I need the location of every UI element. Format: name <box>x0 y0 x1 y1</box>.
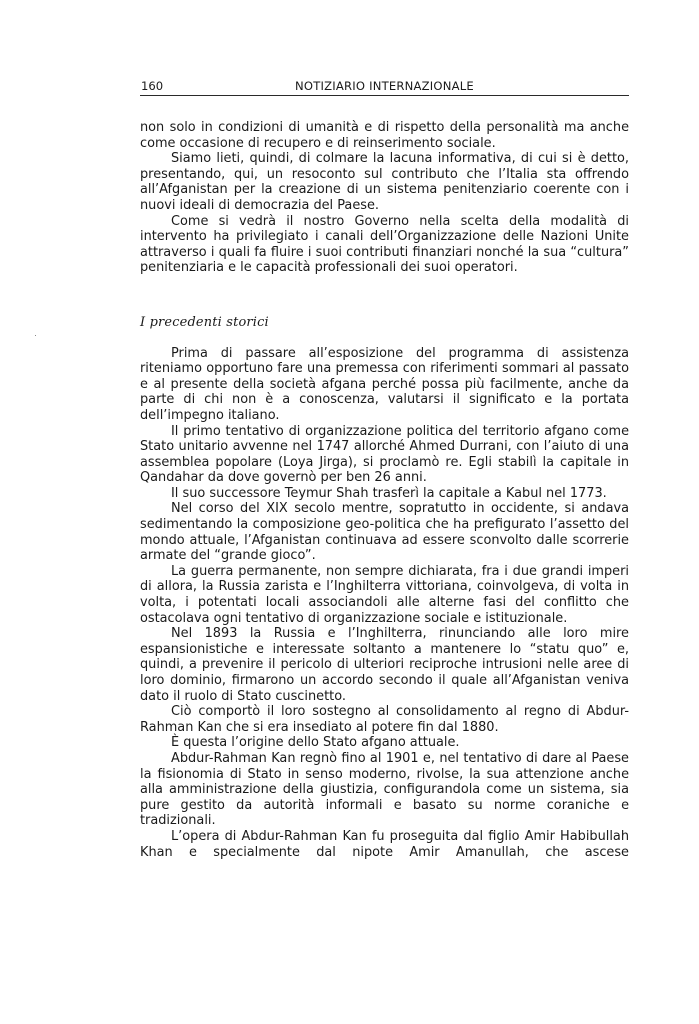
paragraph: Nel corso del XIX secolo mentre, sopratu… <box>140 501 629 563</box>
body-text: non solo in condizioni di umanità e di r… <box>140 120 629 860</box>
document-page: 160 NOTIZIARIO INTERNAZIONALE non solo i… <box>140 76 629 860</box>
running-header: 160 NOTIZIARIO INTERNAZIONALE <box>140 76 629 96</box>
scan-speck <box>35 335 36 336</box>
paragraph: Siamo lieti, quindi, di colmare la lacun… <box>140 151 629 213</box>
paragraph: La guerra permanente, non sempre dichiar… <box>140 564 629 626</box>
running-title: NOTIZIARIO INTERNAZIONALE <box>140 79 629 93</box>
paragraph: Come si vedrà il nostro Governo nella sc… <box>140 214 629 276</box>
paragraph: Il suo successore Teymur Shah trasferì l… <box>140 486 629 502</box>
paragraph: Il primo tentativo di organizzazione pol… <box>140 424 629 486</box>
paragraph: non solo in condizioni di umanità e di r… <box>140 120 629 151</box>
paragraph: Nel 1893 la Russia e l’Inghilterra, rinu… <box>140 626 629 704</box>
paragraph: Prima di passare all’esposizione del pro… <box>140 346 629 424</box>
paragraph: L’opera di Abdur-Rahman Kan fu proseguit… <box>140 829 629 860</box>
paragraph: È questa l’origine dello Stato afgano at… <box>140 735 629 751</box>
paragraph: Abdur-Rahman Kan regnò fino al 1901 e, n… <box>140 751 629 829</box>
section-heading: I precedenti storici <box>140 315 629 331</box>
paragraph: Ciò comportò il loro sostegno al consoli… <box>140 704 629 735</box>
